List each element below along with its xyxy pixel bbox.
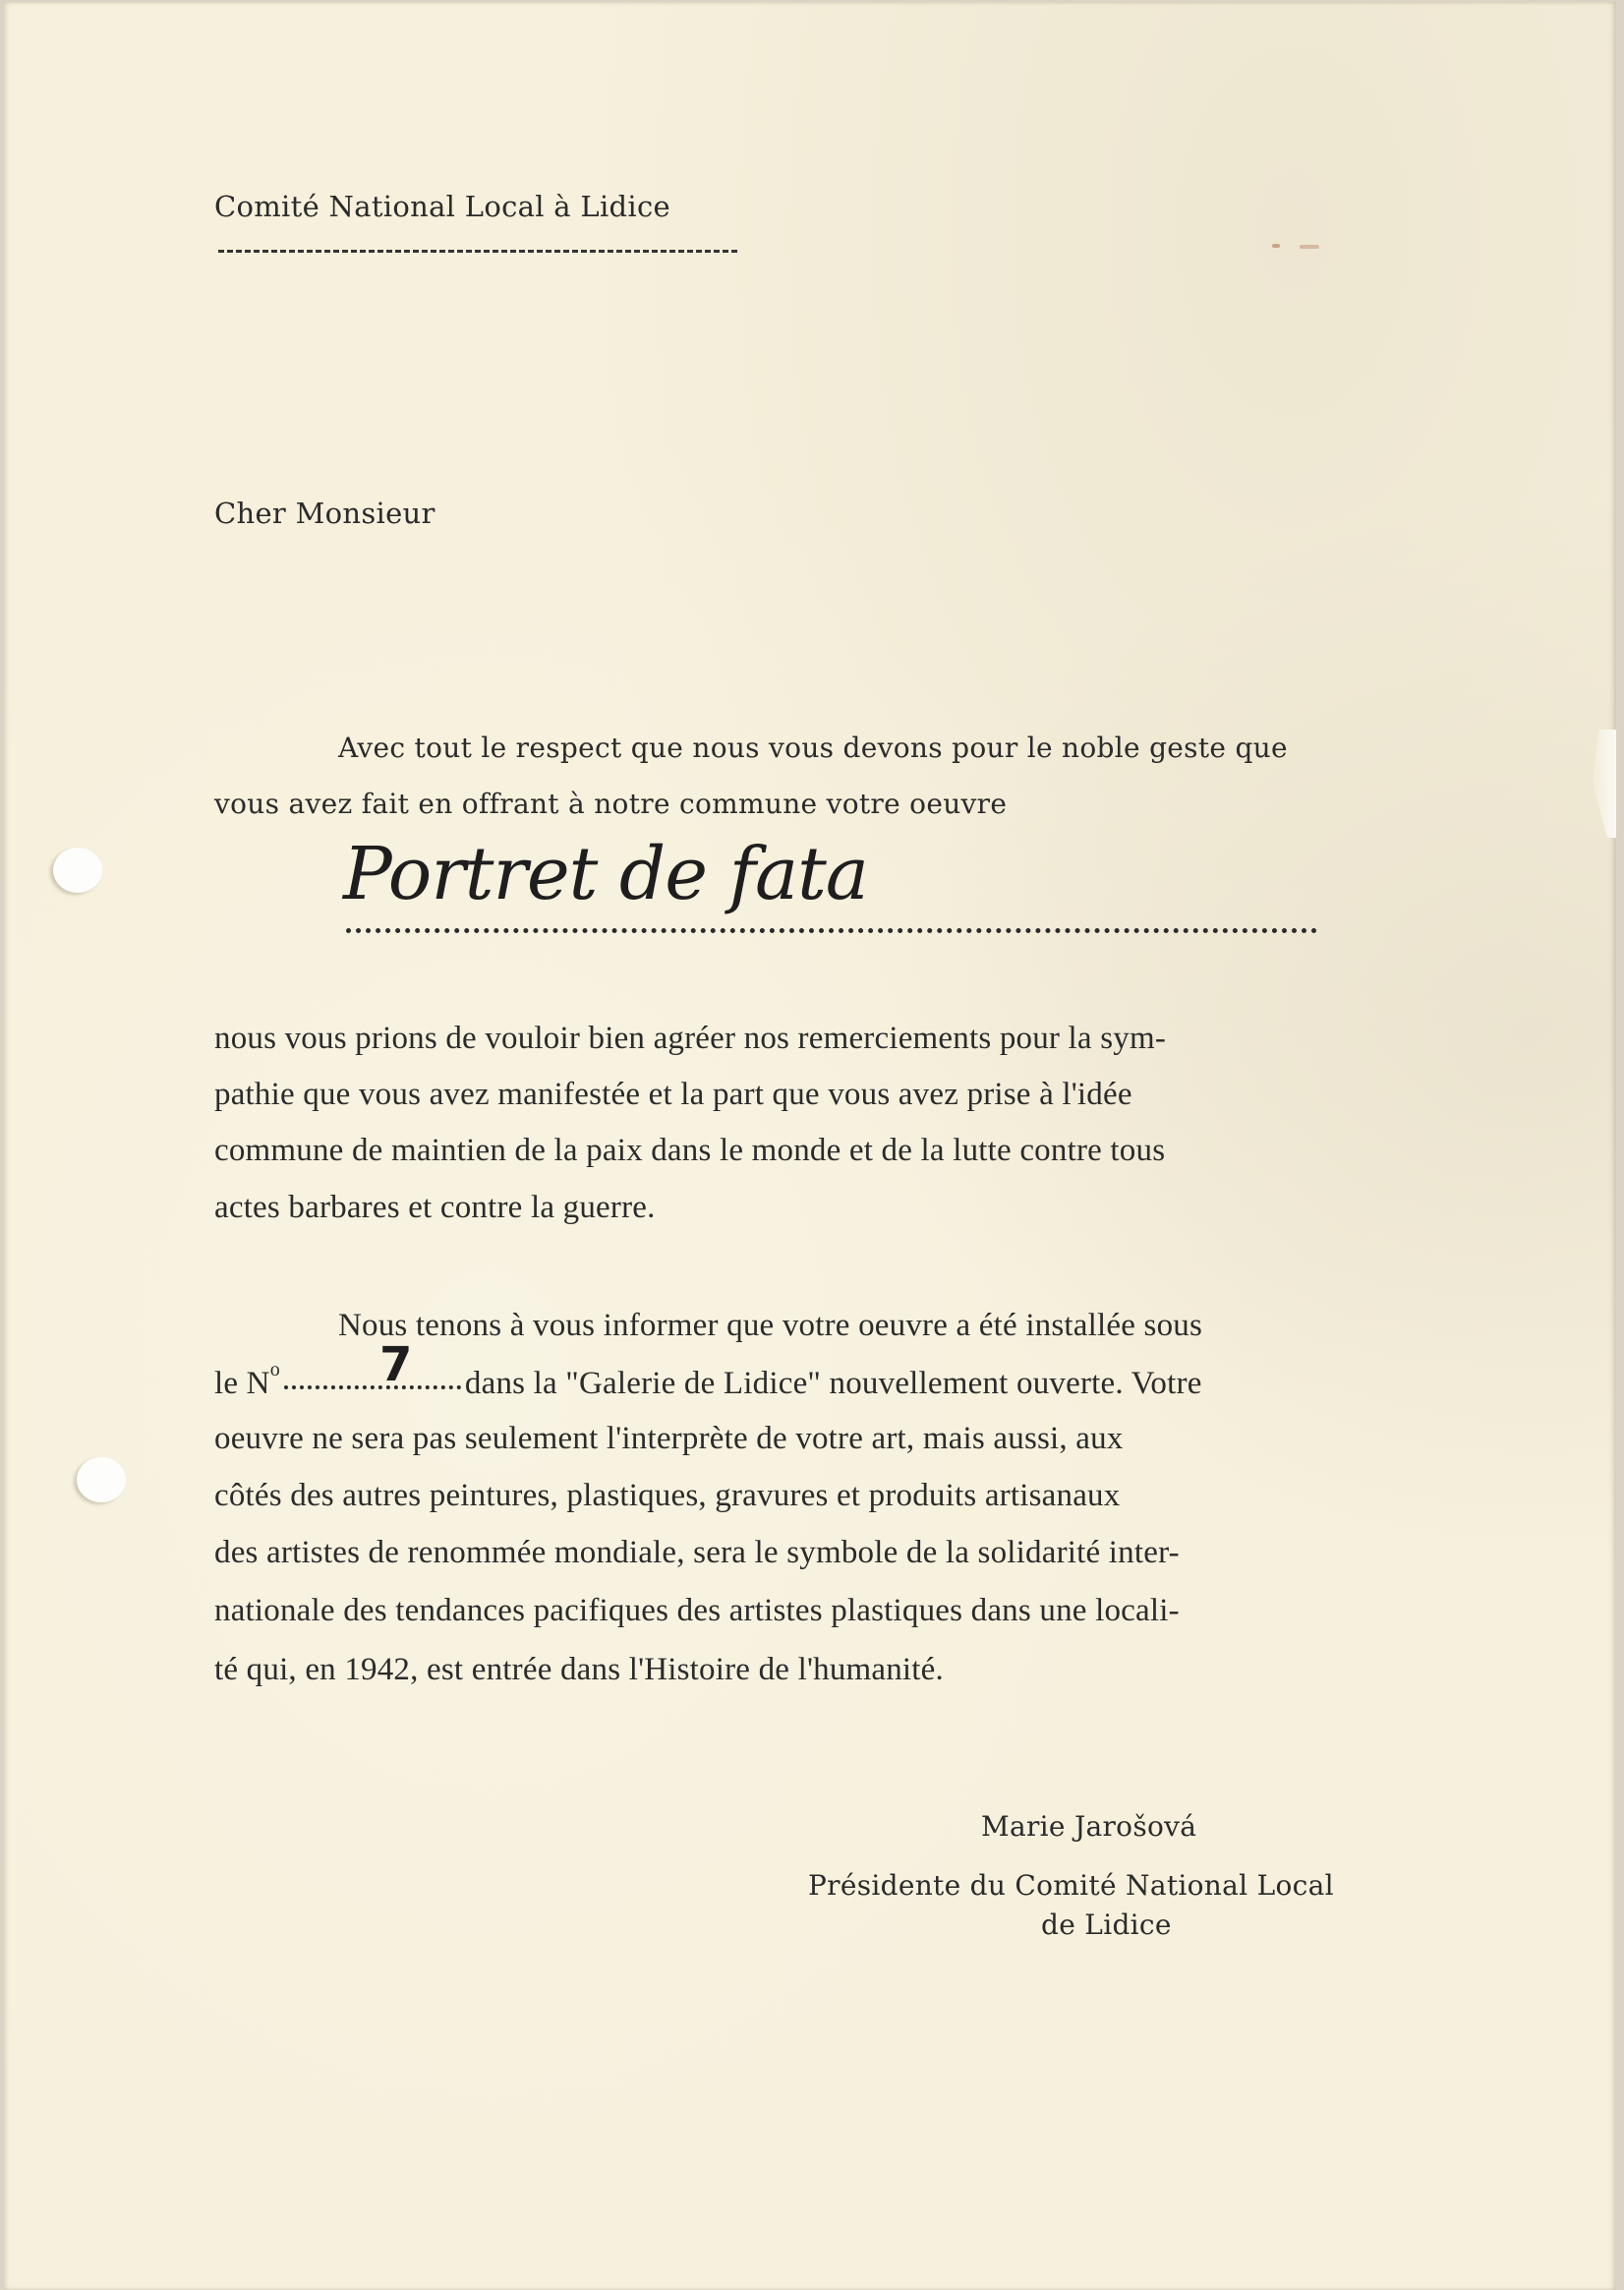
number-dotted-field <box>284 1385 461 1389</box>
signatory-title-line2: de Lidice <box>1041 1911 1172 1939</box>
ink-stain <box>1272 244 1280 248</box>
punch-hole-bottom <box>77 1457 126 1502</box>
gallery-number-handwritten: 7 <box>379 1337 412 1392</box>
paragraph3-line5: des artistes de renommée mondiale, sera … <box>214 1537 1180 1569</box>
number-suffix: dans la "Galerie de Lidice" nouvellement… <box>465 1366 1202 1401</box>
letterhead: Comité National Local à Lidice <box>214 193 670 221</box>
paragraph1-line1: Avec tout le respect que nous vous devon… <box>338 734 1288 762</box>
ink-stain <box>1300 245 1319 249</box>
paragraph3-line2: le Nodans la "Galerie de Lidice" nouvell… <box>214 1366 1202 1400</box>
signatory-title-line1: Présidente du Comité National Local <box>808 1872 1334 1900</box>
paragraph2-line4: actes barbares et contre la guerre. <box>214 1192 656 1224</box>
letterhead-underline <box>218 250 737 253</box>
paragraph3-line4: côtés des autres peintures, plastiques, … <box>214 1480 1120 1512</box>
paragraph3-line1: Nous tenons à vous informer que votre oe… <box>338 1310 1202 1342</box>
paragraph1-line2: vous avez fait en offrant à notre commun… <box>214 791 1007 818</box>
number-prefix: le N <box>214 1366 270 1401</box>
number-degree: o <box>270 1359 280 1380</box>
letter-page: Comité National Local à Lidice Cher Mons… <box>4 2 1616 2290</box>
paragraph2-line2: pathie que vous avez manifestée et la pa… <box>214 1079 1132 1111</box>
paragraph3-line6: nationale des tendances pacifiques des a… <box>214 1595 1180 1627</box>
paragraph3-line3: oeuvre ne sera pas seulement l'interprèt… <box>214 1423 1124 1455</box>
paragraph2-line1: nous vous prions de vouloir bien agréer … <box>214 1023 1166 1055</box>
paragraph2-line3: commune de maintien de la paix dans le m… <box>214 1135 1165 1167</box>
artwork-title-dotted-line <box>346 928 1317 933</box>
paragraph3-line7: té qui, en 1942, est entrée dans l'Histo… <box>214 1654 944 1686</box>
paper-tear <box>1587 730 1616 838</box>
signatory-name: Marie Jarošová <box>981 1813 1196 1841</box>
artwork-title-handwritten: Portret de fata <box>343 838 868 910</box>
salutation: Cher Monsieur <box>214 499 435 528</box>
punch-hole-top <box>53 848 102 893</box>
